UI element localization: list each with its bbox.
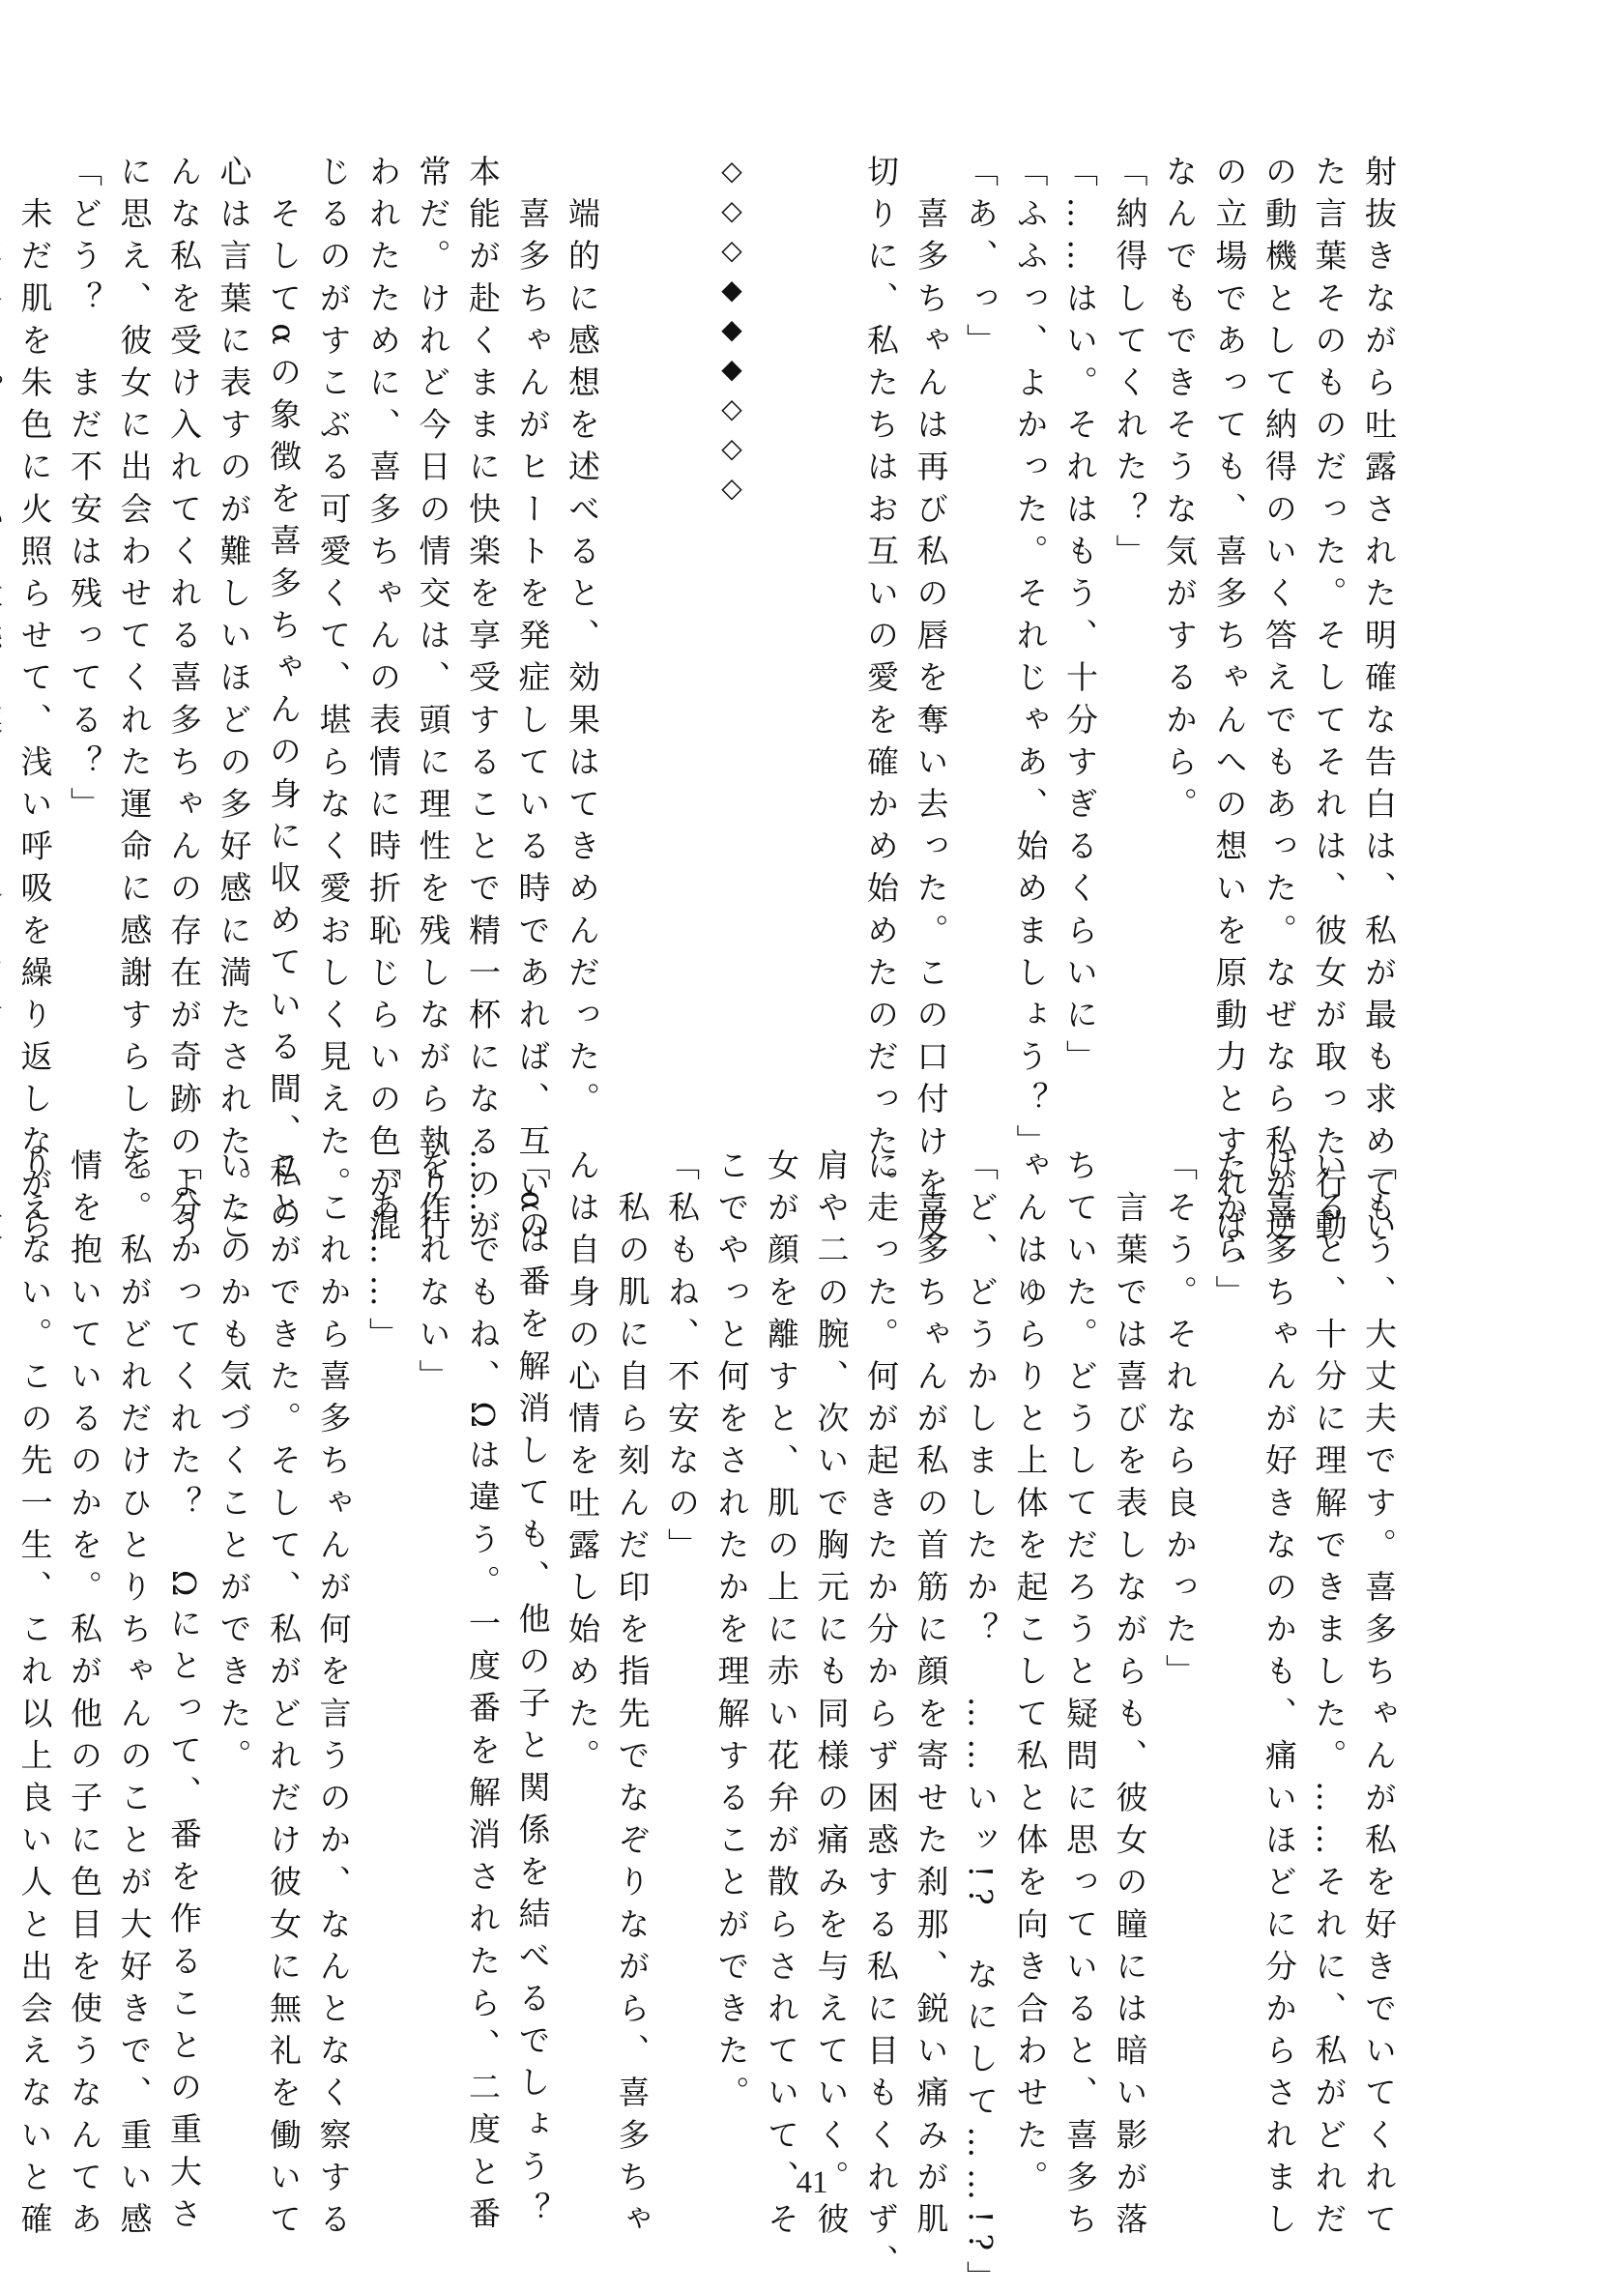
text-column: じるのがすこぶる可愛くて、堪らなく愛おしく見えた。 [308,155,359,1083]
text-column: なんでもできそうな気がするから。 [1155,155,1205,1083]
text-column: 「αは番を解消しても、他の子と関係を結べるでしょう？ [507,1148,558,2076]
text-column: 「あ、っ」 [956,155,1006,1083]
text-column: 常だ。けれど今日の情交は、頭に理性を残しながら執り行 [408,155,458,1083]
text-column: いると、十分に理解できました。……それに、私がどれだ [1304,1148,1354,2076]
text-column: ちていた。どうしてだろうと疑問に思っていると、喜多ち [1056,1148,1106,2076]
text-column: 「分かってくれた？ Ωにとって、番を作ることの重大さ [159,1148,210,2076]
text-column: に走った。何が起きたか分からず困惑する私に目もくれず、 [856,1148,907,2076]
text-column: ことができた。そして、私がどれだけ彼女に無礼を働いて [259,1148,309,2076]
text-column: け喜多ちゃんが好きなのかも、痛いほどに分からされまし [1255,1148,1305,2076]
text-column: 「ふふっ、よかった。それじゃあ、始めましょう？」 [1005,155,1056,1083]
text-column: たから」 [1204,1148,1255,2076]
text-column: 心は言葉に表すのが難しいほどの多好感に満たされた。こ [209,155,259,1083]
section-divider: ◇◇◇◆◆◆◇◇◇ [707,155,757,1083]
text-column: これから喜多ちゃんが何を言うのか、なんとなく察する [308,1148,359,2076]
text-column: 「……はい。それはもう、十分すぎるくらいに」 [1056,155,1106,1083]
text-block-top: 射抜きながら吐露された明確な告白は、私が最も求めていた言葉そのものだった。そして… [0,155,1404,1083]
text-column: の立場であっても、喜多ちゃんへの想いを原動力とすれば、 [1204,155,1255,1083]
text-column: 「もう、大丈夫です。喜多ちゃんが私を好きでいてくれて [1354,1148,1405,2076]
text-column: ……でもね、Ωは違う。一度番を解消されたら、二度と番 [458,1148,508,2076]
text-column: た言葉そのものだった。そしてそれは、彼女が取った行動 [1304,155,1354,1083]
text-column: 射抜きながら吐露された明確な告白は、私が最も求めてい [1354,155,1405,1083]
text-column: 喜多ちゃんが私の首筋に顔を寄せた刹那、鋭い痛みが肌 [906,1148,956,2076]
text-column: の動機として納得のいく答えでもあった。なぜなら私が逆 [1255,155,1305,1083]
text-column: 「そう。それなら良かった」 [1155,1148,1205,2076]
text-column: りえない。この先一生、これ以上良い人と出会えないと確 [10,1148,60,2076]
text-column: 未だ肌を朱色に火照らせて、浅い呼吸を繰り返しながら [10,155,60,1083]
text-column: 女が顔を離すと、肌の上に赤い花弁が散らされていて、そ [757,1148,807,2076]
text-column: 喜多ちゃんは再び私の唇を奪い去った。この口付けを皮 [906,155,956,1083]
text-column: 「どう？ まだ不安は残ってる？」 [60,155,110,1083]
text-column: んな私を受け入れてくれる喜多ちゃんの存在が奇跡のよう [159,155,210,1083]
text-column: 「あ……」 [359,1148,409,2076]
text-column: 「納得してくれた？」 [1105,155,1155,1083]
text-column: を作れない」 [408,1148,458,2076]
page-number: 41 [0,2165,1624,2201]
text-column: ゃんはゆらりと上体を起こして私と体を向き合わせた。 [1005,1148,1056,2076]
text-column: われたために、喜多ちゃんの表情に時折恥じらいの色が混 [359,155,409,1083]
text-column: 切りに、私たちはお互いの愛を確かめ始めたのだった。 [856,155,907,1083]
text-column: に思え、彼女に出会わせてくれた運命に感謝すらした。 [109,155,159,1083]
text-column: 肩や二の腕、次いで胸元にも同様の痛みを与えていく。彼 [806,1148,856,2076]
text-column: 本能が赴くままに快楽を享受することで精一杯になるのが [458,155,508,1083]
text-column [806,155,856,1083]
text-column: いたのかも気づくことができた。 [209,1148,259,2076]
text-column: 言葉では喜びを表しながらも、彼女の瞳には暗い影が落 [1105,1148,1155,2076]
text-column: 情を抱いているのかを。私が他の子に色目を使うなんてあ [60,1148,110,2076]
text-column: 「私もね、不安なの」 [657,1148,708,2076]
text-column: 私の肌に自ら刻んだ印を指先でなぞりながら、喜多ちゃ [607,1148,657,2076]
text-column: 喜多ちゃんがヒートを発症している時であれば、互いの [507,155,558,1083]
text-block-bottom: 「もう、大丈夫です。喜多ちゃんが私を好きでいてくれていると、十分に理解できました… [10,1148,1404,2076]
text-column: を。私がどれだけひとりちゃんのことが大好きで、重い感 [109,1148,159,2076]
text-column: 「ど、どうかしましたか？ ……いッ!? なにして……!?」 [956,1148,1006,2076]
text-column: そしてαの象徴を喜多ちゃんの身に収めている間、私の [259,155,309,1083]
text-column: も、喜多ちゃんは私の状態を案じてくれた。労うように彼 [0,155,10,1083]
text-column [607,155,657,1083]
text-column: こでやっと何をされたかを理解することができた。 [707,1148,757,2076]
text-column: んは自身の心情を吐露し始めた。 [558,1148,608,2076]
text-column: 端的に感想を述べると、効果はてきめんだった。 [558,155,608,1083]
text-column [757,155,807,1083]
book-page: 射抜きながら吐露された明確な告白は、私が最も求めていた言葉そのものだった。そして… [0,0,1624,2293]
text-column [657,155,708,1083]
